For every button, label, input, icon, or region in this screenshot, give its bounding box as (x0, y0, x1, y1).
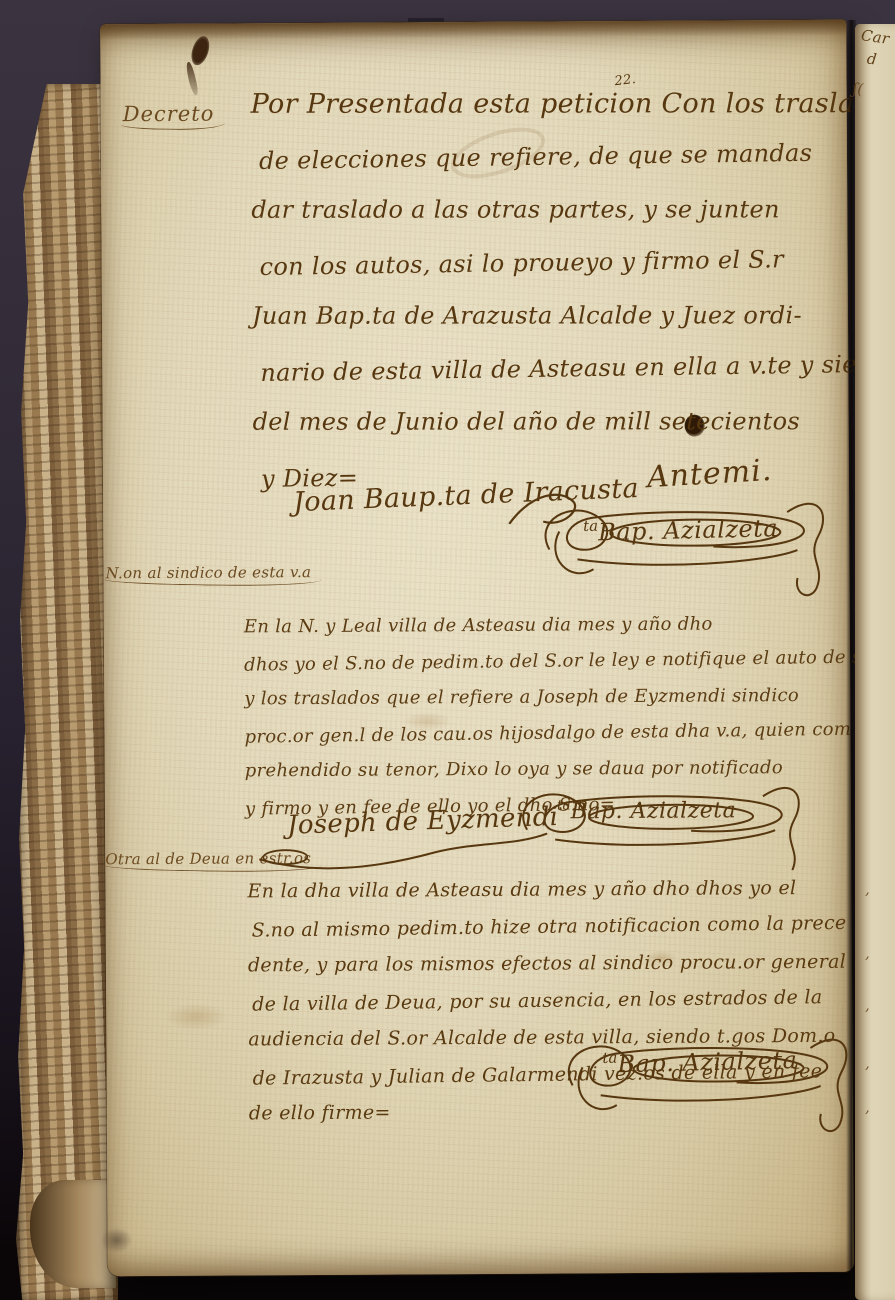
notification-line: de Irazusta y Julian de Galarmendi vez.o… (252, 1052, 895, 1098)
notary-signature-1: taBap. Azialzeta (583, 512, 779, 546)
line-end-mark: , (865, 996, 870, 1014)
ink-stain-top-left (188, 34, 212, 67)
next-page-flourish: ʃ( (852, 80, 864, 99)
notification-line: En la N. y Leal villa de Asteasu dia mes… (244, 605, 894, 645)
notification-line: dhos yo el S.no de pedim.to del S.or le … (244, 639, 894, 684)
notary-name: Bap. Azialzeta (571, 798, 737, 824)
decree-paragraph: Por Presentada esta peticion Con los tra… (251, 76, 866, 504)
ink-stroke-top-left (184, 61, 199, 96)
notary-rubric-flourish (535, 490, 836, 602)
notification-line: y los traslados que el refiere a Joseph … (244, 677, 894, 717)
manuscript-page: Decreto N.on al sindico de esta v.a Otra… (100, 20, 854, 1277)
manuscript-photo: Decreto N.on al sindico de esta v.a Otra… (0, 0, 895, 1300)
notification-line: S.no al mismo pedim.to hize otra notific… (251, 904, 895, 950)
notary-signature-2: taBap. Azialzeta (557, 796, 736, 824)
decree-line: Por Presentada esta peticion Con los tra… (251, 77, 863, 131)
notification-line: En la dha villa de Asteasu dia mes y año… (247, 869, 895, 910)
decree-line: del mes de Junio del año de mill setecie… (253, 395, 865, 449)
line-end-mark: , (865, 880, 870, 898)
line-end-mark: , (865, 1098, 870, 1116)
decree-line: nario de esta villa de Asteasu en ella a… (260, 338, 873, 400)
margin-note-otra-deva: Otra al de Deua en estr.os (105, 849, 311, 868)
decree-line: de elecciones que refiere, de que se man… (259, 126, 872, 188)
foxing-spot (166, 1004, 226, 1030)
next-page-partial-letter: d (866, 50, 878, 69)
notary-name: Bap. Azialzeta (598, 514, 779, 546)
notary-name: Bap. Azialzeta (617, 1046, 798, 1078)
notification-line: dente, y para los mismos efectos al sind… (248, 943, 895, 984)
line-end-mark: , (865, 944, 870, 962)
decree-line: dar traslado a las otras partes, y se ju… (251, 183, 863, 237)
notification-line: proc.or gen.l de los cau.os hijosdalgo d… (244, 711, 894, 756)
line-end-mark: , (865, 1054, 870, 1072)
notary-signature-3: taBap. Azialzeta (602, 1044, 798, 1078)
notification-2-paragraph: En la dha villa de Asteasu dia mes y año… (247, 869, 895, 1132)
antemi-note: Antemi. (646, 453, 773, 495)
underline-stroke (121, 121, 225, 131)
margin-note-notificacion-sindico: N.on al sindico de esta v.a (105, 563, 311, 582)
notification-line: prehendido su tenor, Dixo lo oya y se da… (245, 749, 895, 789)
notification-line: audiencia del S.or Alcalde de esta villa… (248, 1017, 895, 1058)
margin-note-decreto: Decreto (123, 102, 215, 127)
notary-superscript: ta (557, 797, 571, 813)
notary-superscript: ta (583, 517, 598, 535)
notification-1-paragraph: En la N. y Leal villa de Asteasu dia mes… (244, 605, 895, 825)
next-page-edge: Car d ʃ( , , , , , (855, 24, 895, 1300)
notification-line: de ello firme= (249, 1091, 895, 1132)
decree-line: Juan Bap.ta de Arazusta Alcalde y Juez o… (252, 289, 864, 343)
next-page-partial-word: Car (860, 26, 891, 48)
notification-line: de la villa de Deua, por su ausencia, en… (252, 978, 895, 1024)
decree-line: con los autos, asi lo proueyo y firmo el… (259, 232, 872, 294)
notary-superscript: ta (602, 1049, 617, 1067)
smudge-bottom-left (102, 1228, 132, 1252)
